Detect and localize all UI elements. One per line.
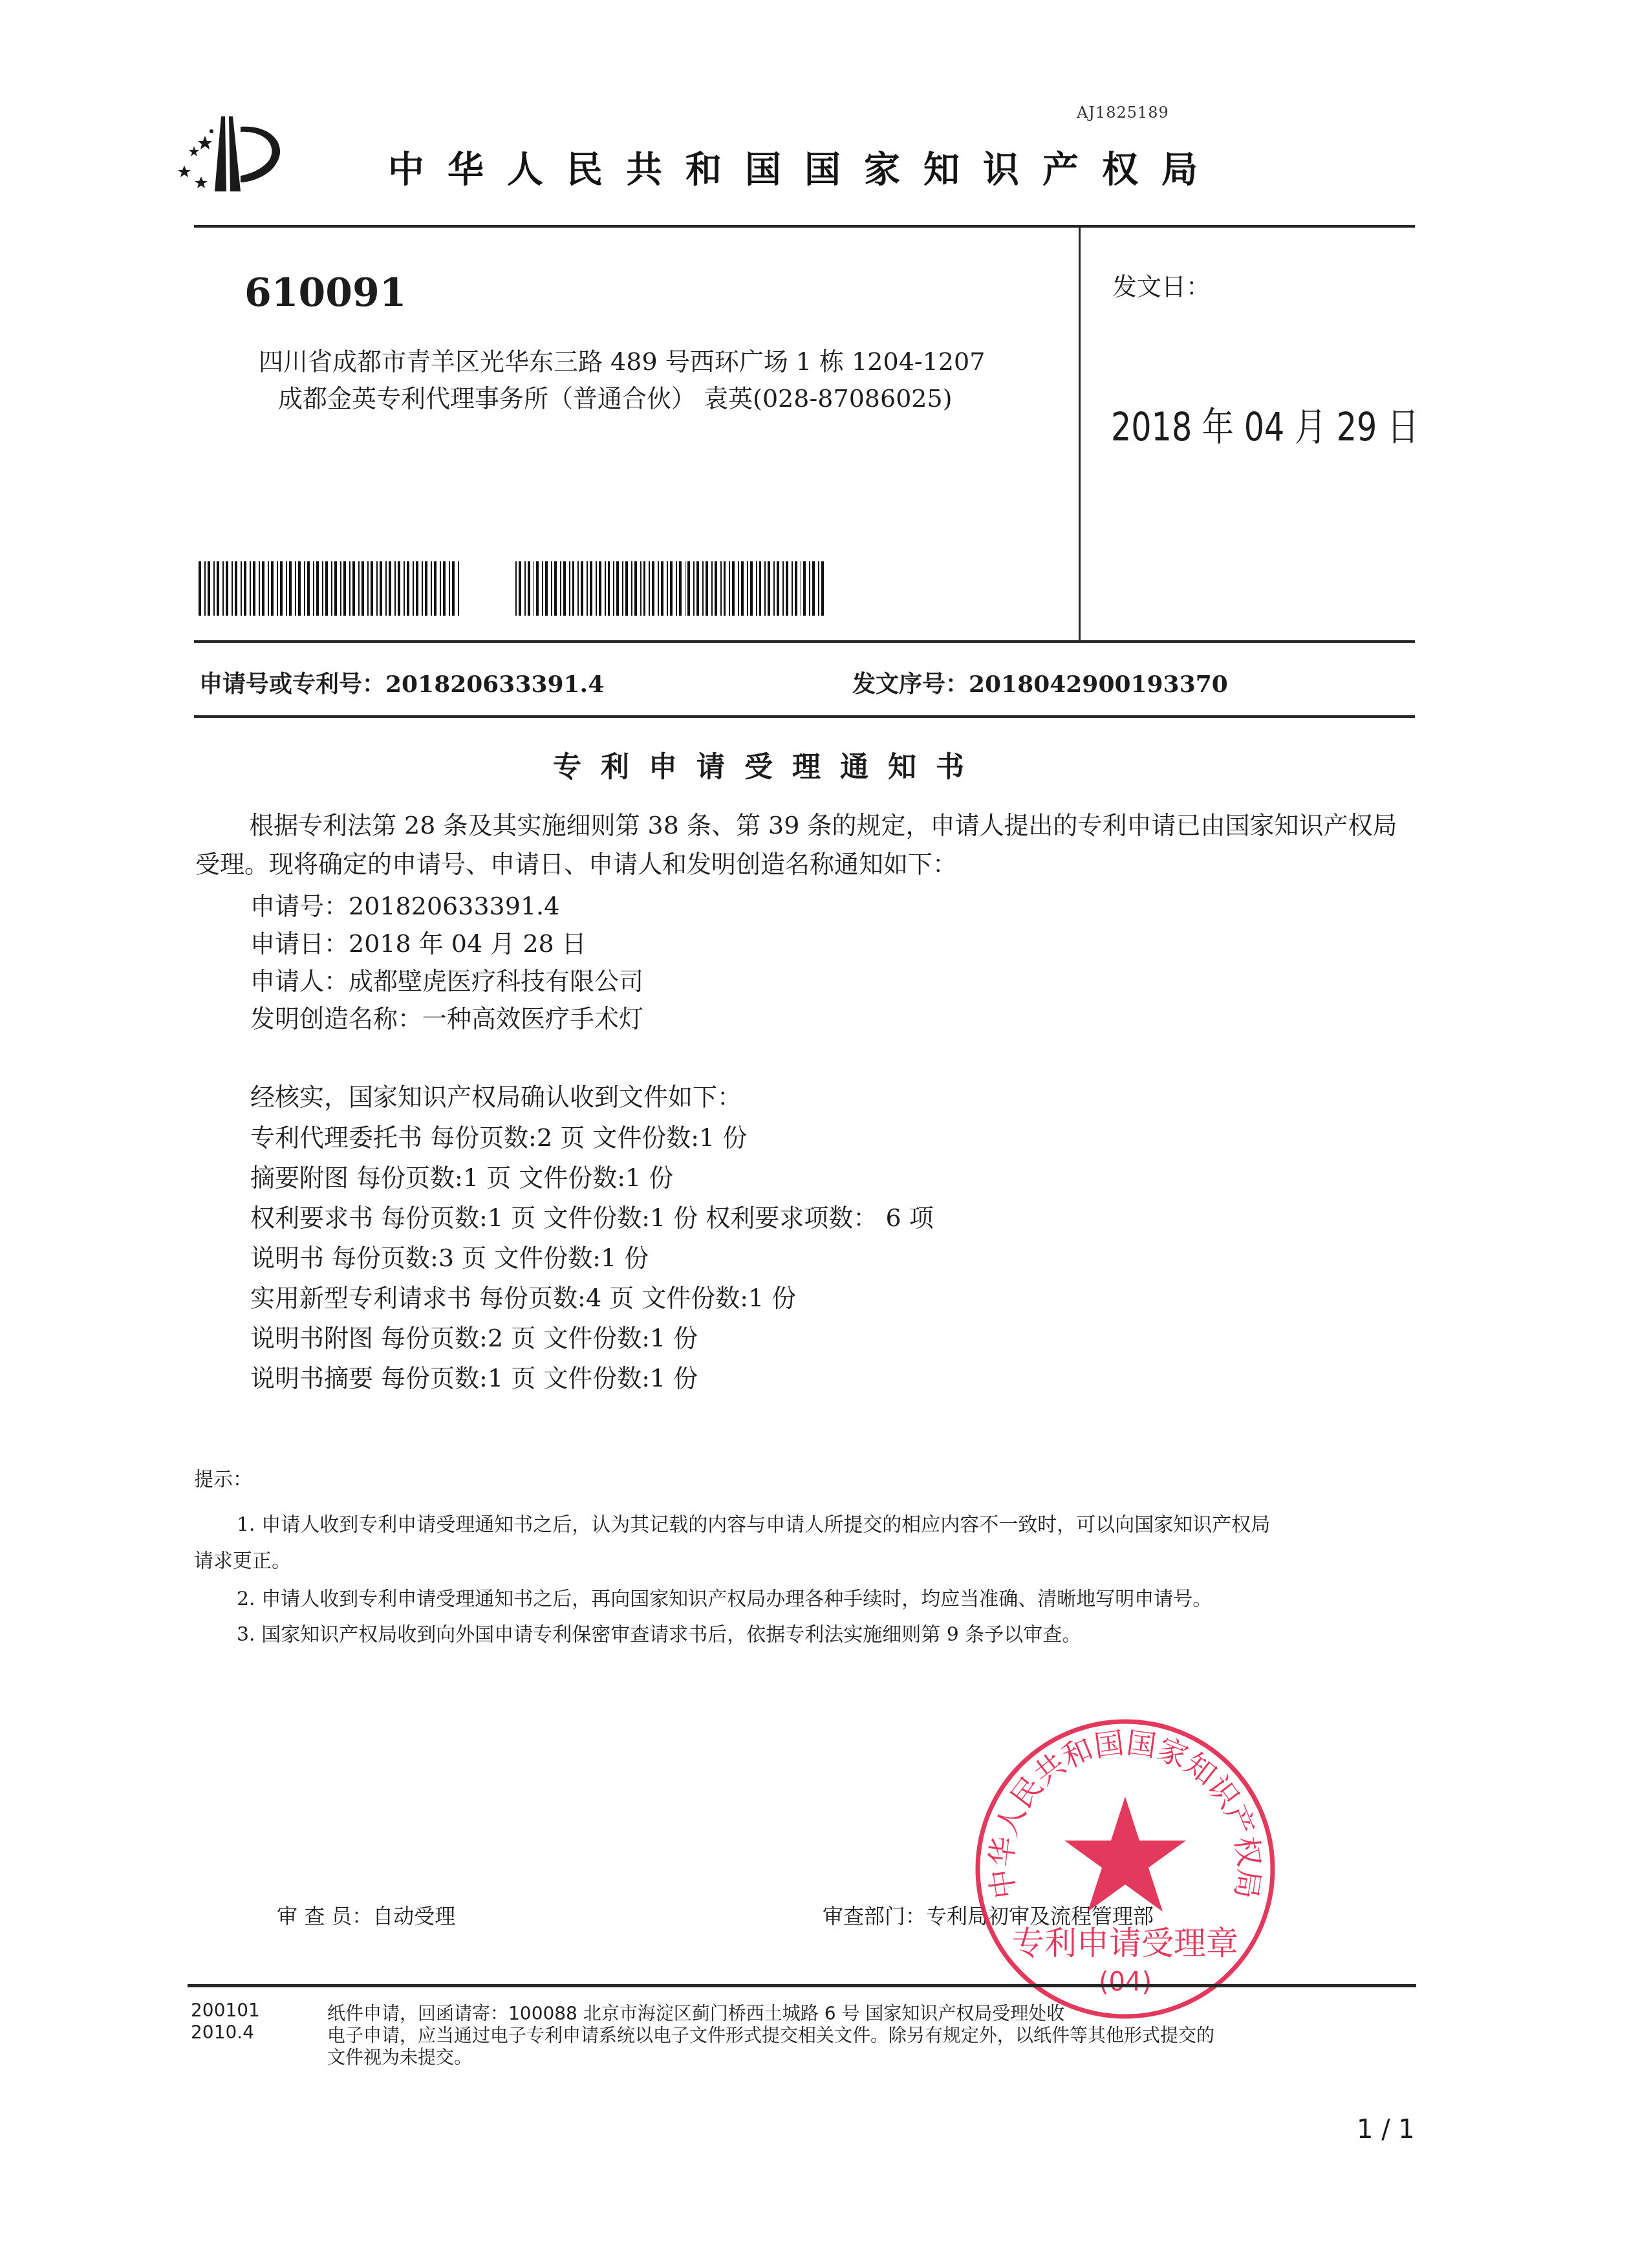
barcode-bar: [304, 561, 305, 616]
barcode-bar: [325, 561, 328, 616]
barcode-bar: [724, 561, 726, 616]
dispatch-serial-row: 发文序号：2018042900193370: [852, 666, 1228, 699]
barcode-bar: [720, 561, 722, 616]
barcode-bar: [425, 561, 427, 616]
application-number-value: 201820633391.4: [385, 671, 604, 698]
barcode-bar: [747, 561, 748, 616]
form-code: 200101: [191, 2000, 260, 2021]
barcode-bar: [687, 561, 690, 616]
barcode-bar: [616, 561, 619, 616]
received-file-item: 摘要附图 每份页数:1 页 文件份数:1 份: [250, 1158, 673, 1193]
barcode-bar: [259, 561, 260, 616]
barcode-bar: [286, 561, 287, 616]
barcode-bar: [768, 561, 770, 616]
form-version: 2010.4: [191, 2022, 254, 2043]
barcode-bar: [801, 561, 802, 616]
barcode-bar: [759, 561, 762, 616]
barcode-bar: [750, 561, 753, 616]
reference-rule: [194, 715, 1415, 718]
barcode-bar: [581, 561, 583, 616]
official-seal: 中华人民共和国国家知识产权局 专利申请受理章 (04): [970, 1714, 1280, 2024]
barcode-bar: [413, 561, 414, 616]
barcode-bar: [715, 561, 717, 616]
received-file-item: 权利要求书 每份页数:1 页 文件份数:1 份 权利要求项数： 6 项: [250, 1198, 934, 1233]
barcode-bar: [741, 561, 744, 616]
agency-contact-line: 成都金英专利代理事务所（普通合伙） 袁英(028-87086025): [278, 378, 953, 414]
applicant: 申请人：成都壁虎医疗科技有限公司: [250, 961, 643, 997]
barcode-bar: [222, 561, 224, 616]
barcode-bar: [658, 561, 659, 616]
invention-title: 发明创造名称：一种高效医疗手术灯: [250, 999, 643, 1034]
barcode-bar: [764, 561, 766, 616]
barcode-bar: [560, 561, 561, 616]
barcode-bar: [244, 561, 246, 616]
barcode-bar: [458, 561, 459, 616]
barcode-bar: [316, 561, 319, 616]
tip-item-1-cont: 请求更正。: [194, 1544, 291, 1573]
barcode-bar: [670, 561, 673, 616]
issue-date-label: 发文日：: [1112, 266, 1211, 302]
barcode-bar: [250, 561, 251, 616]
barcode-bar: [533, 561, 535, 616]
barcode-bar: [738, 561, 739, 616]
dispatch-serial-value: 2018042900193370: [969, 671, 1228, 698]
examiner: 审 查 员：自动受理: [277, 1900, 455, 1930]
barcode-bar: [643, 561, 646, 616]
barcode-bar: [277, 561, 278, 616]
tip-item-1: 1. 申请人收到专利申请受理通知书之后，认为其记载的内容与申请人所提交的相应内容…: [237, 1508, 1270, 1537]
barcode-bar: [729, 561, 730, 616]
barcode-bar: [217, 561, 219, 616]
agency-name: 中华人民共和国国家知识产权局: [388, 141, 1221, 193]
barcode-bar: [809, 561, 810, 616]
barcode-bar: [711, 561, 713, 616]
barcode-bar: [361, 561, 364, 616]
application-number: 申请号：201820633391.4: [250, 886, 559, 922]
barcode-bar: [569, 561, 570, 616]
barcode-bar: [536, 561, 539, 616]
received-file-item: 专利代理委托书 每份页数:2 页 文件份数:1 份: [250, 1118, 747, 1153]
barcode-bar: [524, 561, 526, 616]
received-heading: 经核实，国家知识产权局确认收到文件如下：: [250, 1077, 742, 1112]
barcode-bar: [803, 561, 806, 616]
barcode-bar: [596, 561, 597, 616]
barcode-bar: [821, 561, 824, 616]
cnipa-logo-icon: [176, 109, 286, 199]
barcode-bar: [443, 561, 446, 616]
date-divider: [1079, 225, 1081, 642]
dispatch-serial-label: 发文序号：: [852, 671, 969, 698]
barcode-bar: [431, 561, 432, 616]
barcode-bar: [652, 561, 654, 616]
barcode-bar: [587, 561, 588, 616]
barcode-bar: [422, 561, 423, 616]
barcode-bar: [313, 561, 314, 616]
barcode-bar: [786, 561, 788, 616]
document-title: 专利申请受理通知书: [553, 744, 984, 785]
barcode-bar: [213, 561, 215, 616]
barcode-bar: [199, 561, 201, 616]
barcode-bar: [262, 561, 264, 616]
barcode-bar: [649, 561, 650, 616]
barcode-bar: [625, 561, 628, 616]
barcode-bar: [732, 561, 735, 616]
barcode-bar: [622, 561, 623, 616]
barcode-bar: [676, 561, 677, 616]
barcode-bar: [208, 561, 210, 616]
barcode-bar: [289, 561, 292, 616]
barcode-bar: [777, 561, 779, 616]
barcode-bar: [280, 561, 283, 616]
barcode-bar: [241, 561, 242, 616]
barcode-bar: [235, 561, 237, 616]
barcode-bar: [204, 561, 206, 616]
issue-date-value: 2018 年 04 月 29 日: [1111, 396, 1419, 452]
intro-line-2: 受理。现将确定的申请号、申请日、申请人和发明创造名称通知如下：: [195, 844, 957, 880]
barcode-bar: [298, 561, 301, 616]
barcode-bar: [295, 561, 296, 616]
page-indicator: 1 / 1: [1357, 2115, 1415, 2144]
barcode-bar: [545, 561, 548, 616]
address-line: 四川省成都市青羊区光华东三路 489 号西环广场 1 栋 1204-1207: [259, 341, 985, 377]
barcode-bar: [634, 561, 637, 616]
barcode-serial: [515, 561, 827, 616]
barcode-bar: [352, 561, 355, 616]
barcode-bar: [782, 561, 784, 616]
barcode-bar: [449, 561, 450, 616]
barcode-bar: [572, 561, 575, 616]
application-number-row: 申请号或专利号：201820633391.4: [199, 666, 604, 699]
barcode-bar: [394, 561, 396, 616]
barcode-bar: [416, 561, 418, 616]
barcode-bar: [307, 561, 310, 616]
barcode-bar: [590, 561, 592, 616]
barcode-bar: [452, 561, 455, 616]
barcode-bar: [542, 561, 543, 616]
barcode-application: [199, 561, 461, 616]
barcode-bar: [331, 561, 332, 616]
barcode-bar: [608, 561, 610, 616]
received-file-item: 实用新型专利请求书 每份页数:4 页 文件份数:1 份: [250, 1278, 796, 1313]
barcode-bar: [706, 561, 708, 616]
barcode-bar: [358, 561, 360, 616]
barcode-bar: [696, 561, 699, 616]
barcode-bar: [389, 561, 391, 616]
barcode-bar: [528, 561, 530, 616]
barcode-bar: [334, 561, 337, 616]
barcode-bar: [376, 561, 378, 616]
svg-text:(04): (04): [1099, 1967, 1152, 1997]
barcode-bar: [640, 561, 641, 616]
tip-item-2: 2. 申请人收到专利申请受理通知书之后，再向国家知识产权局办理各种手续时，均应当…: [237, 1582, 1212, 1611]
barcode-bar: [795, 561, 797, 616]
barcode-bar: [515, 561, 517, 616]
barcode-bar: [818, 561, 819, 616]
received-file-item: 说明书摘要 每份页数:1 页 文件份数:1 份: [250, 1358, 698, 1394]
tips-heading: 提示：: [194, 1463, 252, 1491]
barcode-bar: [613, 561, 614, 616]
barcode-bar: [268, 561, 269, 616]
barcode-bar: [349, 561, 350, 616]
barcode-bar: [398, 561, 400, 616]
barcode-bar: [322, 561, 323, 616]
barcode-bar: [440, 561, 441, 616]
barcode-bar: [792, 561, 793, 616]
intro-line-1: 根据专利法第 28 条及其实施细则第 38 条、第 39 条的规定，申请人提出的…: [249, 805, 1397, 841]
barcode-bar: [434, 561, 436, 616]
barcode-bar: [404, 561, 405, 616]
barcode-bar: [577, 561, 579, 616]
barcode-bar: [773, 561, 775, 616]
barcode-bar: [551, 561, 552, 616]
barcode-bar: [407, 561, 409, 616]
barcode-bar: [253, 561, 255, 616]
footer-rule: [188, 1984, 1416, 1987]
barcode-bar: [702, 561, 704, 616]
barcode-bar: [519, 561, 521, 616]
barcode-bar: [271, 561, 274, 616]
barcode-bar: [693, 561, 695, 616]
barcode-bar: [661, 561, 663, 616]
barcode-bar: [679, 561, 682, 616]
barcode-bar: [599, 561, 601, 616]
barcode-bar: [554, 561, 557, 616]
seal-star-icon: [1064, 1797, 1186, 1912]
barcode-bar: [371, 561, 373, 616]
header-rule: [194, 225, 1415, 228]
postcode: 610091: [244, 270, 407, 316]
barcode-bar: [756, 561, 757, 616]
barcode-bar: [605, 561, 606, 616]
barcode-bar: [232, 561, 233, 616]
barcode-bar: [563, 561, 566, 616]
filing-date: 申请日：2018 年 04 月 28 日: [250, 923, 587, 959]
barcode-bar: [812, 561, 815, 616]
barcode-rule: [194, 640, 1415, 643]
barcode-bar: [340, 561, 341, 616]
barcode-bar: [667, 561, 668, 616]
barcode-bar: [385, 561, 387, 616]
barcode-bar: [685, 561, 686, 616]
document-serial-code: AJ1825189: [1077, 103, 1169, 122]
svg-text:专利申请受理章: 专利申请受理章: [1012, 1925, 1238, 1962]
barcode-bar: [367, 561, 369, 616]
barcode-bar: [226, 561, 228, 616]
barcode-bar: [343, 561, 346, 616]
received-file-item: 说明书 每份页数:3 页 文件份数:1 份: [250, 1238, 649, 1273]
application-number-label: 申请号或专利号：: [199, 671, 385, 698]
barcode-bar: [380, 561, 382, 616]
tip-item-3: 3. 国家知识产权局收到向外国申请专利保密审查请求书后，依据专利法实施细则第 9…: [237, 1618, 1081, 1647]
received-file-item: 说明书附图 每份页数:2 页 文件份数:1 份: [250, 1318, 698, 1354]
footer-electronic-filing-cont: 文件视为未提交。: [327, 2044, 472, 2069]
barcode-bar: [631, 561, 632, 616]
